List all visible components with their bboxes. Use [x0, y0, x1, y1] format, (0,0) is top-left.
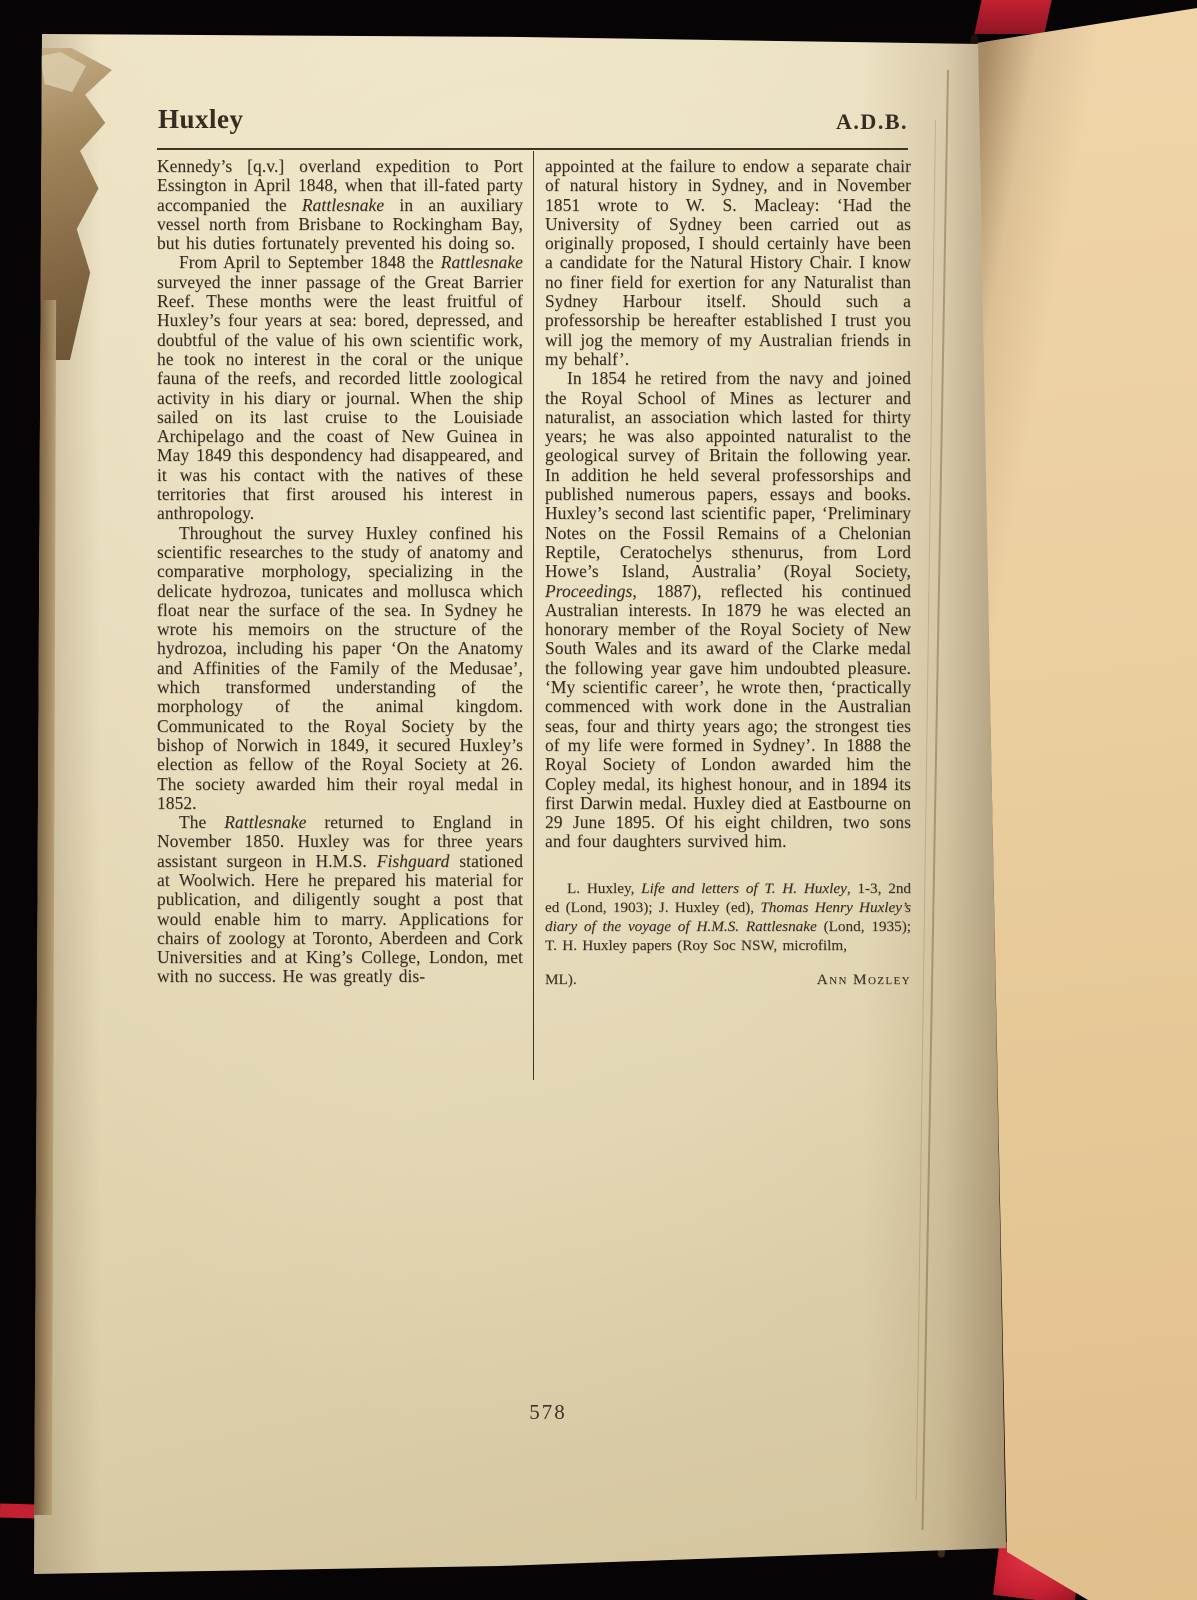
book-photo: Huxley A.D.B. Kennedy’s [q.v.] overland … [0, 0, 1197, 1600]
bibliography-last-line: ML).Ann Mozley [545, 970, 911, 990]
book-cover-red-top [974, 0, 1051, 34]
column-divider-rule [533, 151, 534, 1080]
text-column-right: appointed at the failure to endow a sepa… [545, 157, 911, 990]
article-paragraph: In 1854 he retired from the navy and joi… [545, 369, 911, 851]
article-paragraph: Kennedy’s [q.v.] overland expedition to … [157, 157, 523, 253]
book-cover-red-left [0, 1503, 38, 1518]
article-paragraph: Throughout the survey Huxley confined hi… [157, 524, 523, 813]
page-edge-strip [29, 300, 56, 1515]
header-rule [157, 148, 908, 150]
article-paragraph: The Rattlesnake returned to England in N… [157, 813, 523, 987]
article-paragraph: From April to September 1848 the Rattles… [157, 253, 523, 523]
page-title: Huxley [158, 104, 244, 135]
edition-label: A.D.B. [836, 109, 908, 135]
bibliography: L. Huxley, Life and letters of T. H. Hux… [545, 879, 911, 955]
page-number: 578 [170, 1400, 926, 1425]
bibliography-tail: ML). [545, 970, 577, 990]
author-signature: Ann Mozley [817, 970, 911, 990]
text-column-left: Kennedy’s [q.v.] overland expedition to … [157, 157, 523, 987]
article-paragraph: appointed at the failure to endow a sepa… [545, 157, 911, 369]
running-header: Huxley A.D.B. [158, 104, 908, 135]
